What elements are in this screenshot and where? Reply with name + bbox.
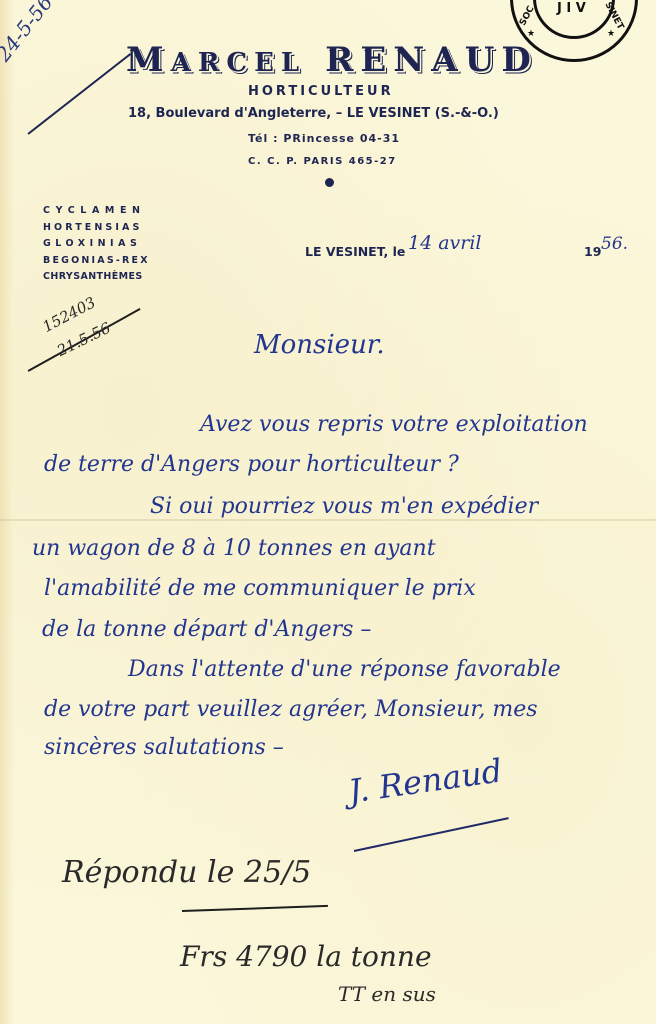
dateline-handwritten-date: 14 avril — [408, 232, 482, 254]
letterhead-first-name: MARCEL — [126, 40, 306, 80]
letterhead-address: 18, Boulevard d'Angleterre, – LE VESINET… — [128, 106, 499, 121]
letter-line: de la tonne départ d'Angers – — [42, 617, 371, 642]
letter-line: sincères salutations – — [44, 735, 284, 760]
paper-fold-crease — [0, 519, 656, 521]
letterhead-last-name: RENAUD — [325, 40, 538, 80]
dateline-year-printed: 19 — [584, 244, 601, 259]
letter-signature: J. Renaud — [346, 751, 504, 810]
letter-line: Dans l'attente d'une réponse favorable — [128, 657, 561, 682]
letterhead-bullet-dot — [325, 178, 334, 187]
annotation-top-left-date: 24-5-56 — [0, 0, 57, 66]
signature-underline — [354, 817, 509, 852]
stamp-star-icon: ★ — [527, 29, 535, 39]
stamp-star-icon: ★ — [607, 29, 615, 39]
letter-salutation: Monsieur. — [254, 330, 385, 360]
letter-paper: SOC SINET J I V ★ ★ 24-5-56 MARCEL RENAU… — [0, 0, 656, 1024]
letterhead-profession: HORTICULTEUR — [248, 84, 394, 99]
product-item: BEGONIAS-REX — [43, 253, 150, 270]
reply-note-line2: Frs 4790 la tonne — [180, 940, 432, 973]
letter-line: de terre d'Angers pour horticulteur ? — [44, 452, 459, 477]
dateline-place: LE VESINET, le — [305, 244, 405, 259]
letterhead-products-list: CYCLAMEN HORTENSIAS GLOXINIAS BEGONIAS-R… — [43, 203, 150, 286]
letter-line: Avez vous repris votre exploitation — [200, 412, 588, 437]
reply-note-underline — [182, 905, 328, 912]
product-item: HORTENSIAS — [43, 220, 150, 237]
letterhead-telephone: Tél : PRincesse 04-31 — [248, 132, 400, 145]
annotation-slash-line — [27, 53, 131, 134]
stamp-center-text: J I V — [557, 1, 586, 16]
stamp-left-text: SOC — [518, 4, 537, 27]
reply-note-line1: Répondu le 25/5 — [62, 855, 311, 890]
letter-line: de votre part veuillez agréer, Monsieur,… — [44, 697, 538, 722]
product-item: CYCLAMEN — [43, 203, 150, 220]
dateline-year-handwritten: 56. — [601, 234, 628, 254]
reply-note-line3: TT en sus — [338, 982, 436, 1006]
letter-line: l'amabilité de me communiquer le prix — [44, 576, 476, 601]
letterhead-ccp: C. C. P. PARIS 465-27 — [248, 156, 397, 167]
product-item: GLOXINIAS — [43, 236, 150, 253]
letter-line: Si oui pourriez vous m'en expédier — [150, 494, 538, 519]
product-item: CHRYSANTHÈMES — [43, 269, 150, 286]
letterhead-name: MARCEL RENAUD — [126, 40, 538, 83]
letter-line: un wagon de 8 à 10 tonnes en ayant — [32, 536, 436, 561]
